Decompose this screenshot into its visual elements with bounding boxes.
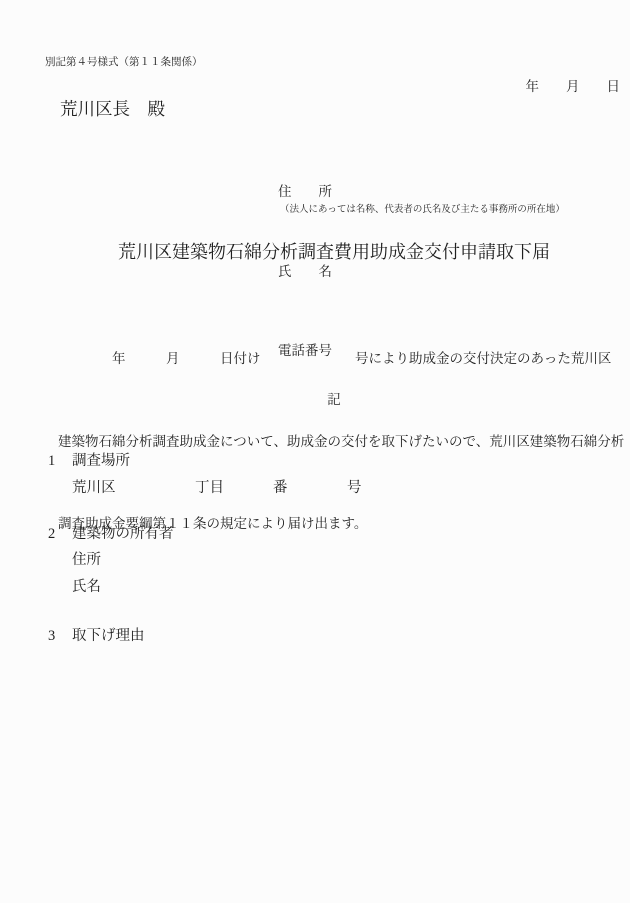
item1-number: 1 xyxy=(48,452,55,471)
item3-number: 3 xyxy=(48,627,55,646)
body-line-2: 建築物石綿分析調査助成金について、助成金の交付を取下げたいので、荒川区建築物石綿… xyxy=(58,428,618,456)
body-paragraph: 年 月 日付け 号により助成金の交付決定のあった荒川区 建築物石綿分析調査助成金… xyxy=(58,290,618,593)
form-number: 別記第４号様式（第１１条関係） xyxy=(45,56,203,70)
item1-label: 調査場所 xyxy=(72,452,130,471)
location-go-label: 号 xyxy=(347,479,362,498)
location-ban-label: 番 xyxy=(273,479,288,498)
list-marker: 記 xyxy=(58,391,610,409)
owner-name-label: 氏名 xyxy=(72,578,101,597)
addressee: 荒川区長 殿 xyxy=(60,98,165,120)
item2-number: 2 xyxy=(48,525,55,544)
location-ward-label: 荒川区 xyxy=(72,479,116,498)
item3-label: 取下げ理由 xyxy=(72,627,145,646)
date-line: 年 月 日 xyxy=(526,78,621,95)
corporate-note: （法人にあっては名称、代表者の氏名及び主たる事務所の所在地） xyxy=(280,204,565,217)
item2-label: 建築物の所有者 xyxy=(72,525,174,544)
document-page: 別記第４号様式（第１１条関係） 年 月 日 荒川区長 殿 住 所 氏 名 電話番… xyxy=(0,0,630,903)
owner-address-label: 住所 xyxy=(72,551,101,570)
applicant-address-label: 住 所 xyxy=(278,179,332,206)
body-line-1: 年 月 日付け 号により助成金の交付決定のあった荒川区 xyxy=(58,345,618,373)
location-chome-label: 丁目 xyxy=(195,479,224,498)
document-title: 荒川区建築物石綿分析調査費用助成金交付申請取下届 xyxy=(58,240,610,264)
